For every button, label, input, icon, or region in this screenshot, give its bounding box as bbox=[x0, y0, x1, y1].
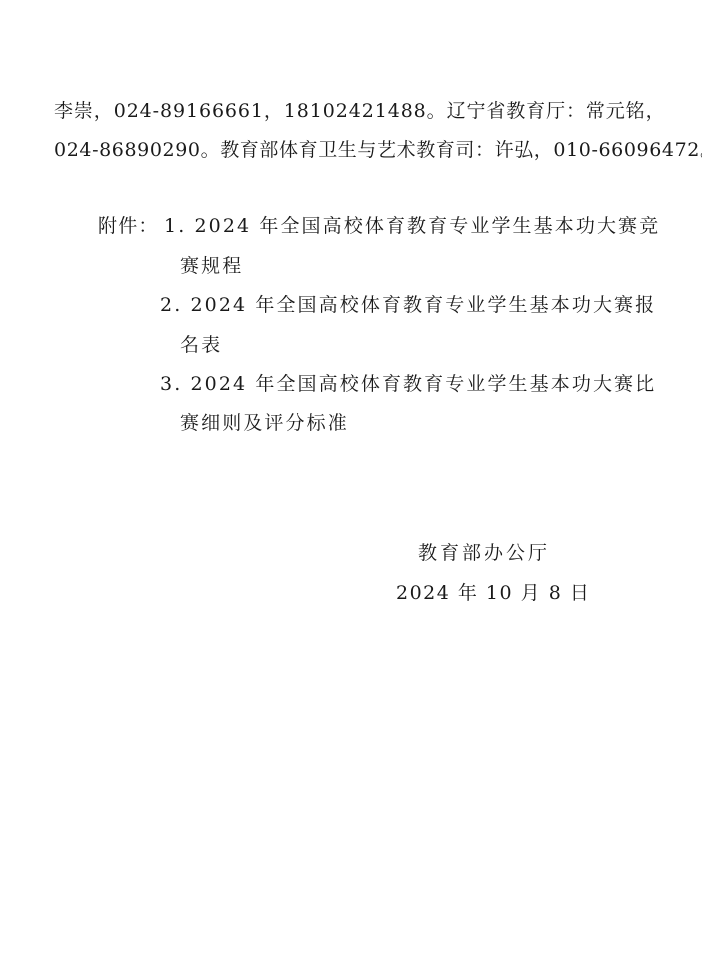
issue-date: 2024 年 10 月 8 日 bbox=[396, 581, 590, 605]
attachment-2-title: 2. 2024 年全国高校体育教育专业学生基本功大赛报 bbox=[160, 293, 656, 317]
attachment-3-title-cont: 赛细则及评分标准 bbox=[180, 411, 349, 435]
contact-line-2: 024-86890290。教育部体育卫生与艺术教育司：许弘，010-660964… bbox=[54, 138, 702, 162]
attachment-1-title: 1. 2024 年全国高校体育教育专业学生基本功大赛竞 bbox=[164, 214, 660, 238]
attachment-2-title-cont: 名表 bbox=[180, 333, 222, 357]
contact-line-1: 李崇，024-89166661，18102421488。辽宁省教育厅：常元铭， bbox=[54, 99, 665, 123]
attachment-1-title-cont: 赛规程 bbox=[180, 254, 243, 278]
attachment-3-title: 3. 2024 年全国高校体育教育专业学生基本功大赛比 bbox=[160, 372, 656, 396]
issuing-organization: 教育部办公厅 bbox=[418, 541, 550, 565]
attachments-label: 附件： bbox=[98, 214, 159, 238]
